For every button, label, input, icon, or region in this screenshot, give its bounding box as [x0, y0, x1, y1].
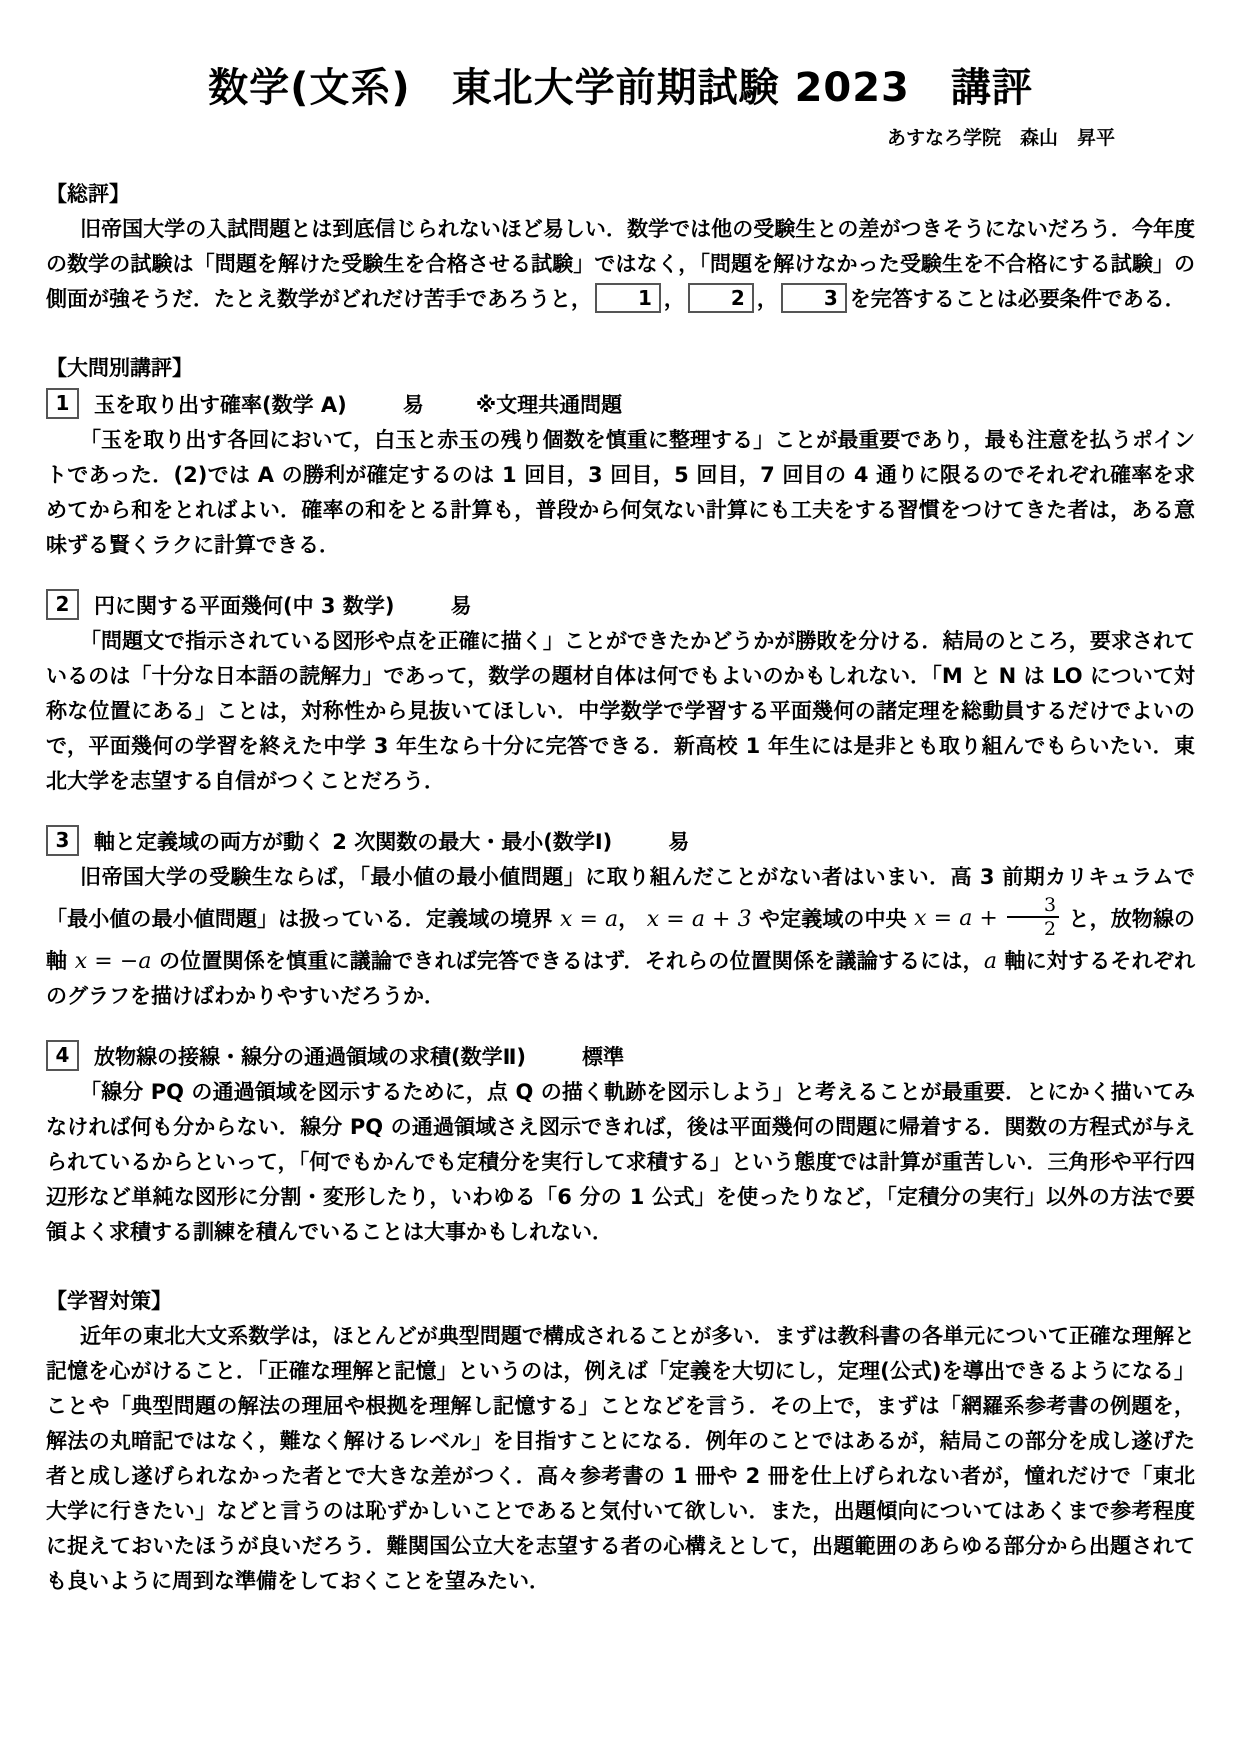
problem-1-heading: 1玉を取り出す確率(数学 A)易※文理共通問題: [46, 388, 1195, 423]
study-advice-section: 【学習対策】 近年の東北大文系数学は，ほとんどが典型問題で構成されることが多い．…: [46, 1284, 1195, 1599]
overview-heading: 【総評】: [46, 177, 1195, 212]
problem-3-body: 旧帝国大学の受験生ならば，「最小値の最小値問題」に取り組んだことがない者はいまい…: [46, 860, 1195, 1015]
problem-1-difficulty: 易: [403, 393, 424, 417]
document-page: 数学(文系) 東北大学前期試験 2023 講評 あすなろ学院 森山 昇平 【総評…: [0, 0, 1241, 1755]
problem-4-heading: 4放物線の接線・線分の通過領域の求積(数学Ⅱ)標準: [46, 1040, 1195, 1075]
problem-1-section: 1玉を取り出す確率(数学 A)易※文理共通問題 「玉を取り出す各回において，白玉…: [46, 388, 1195, 563]
problem-3-difficulty: 易: [668, 830, 689, 854]
problem-1-common-note: ※文理共通問題: [476, 393, 622, 417]
problem-3-text-4: の位置関係を慎重に議論できれば完答できるはず．それらの位置関係を議論するには，: [151, 949, 983, 973]
problem-2-difficulty: 易: [450, 594, 471, 618]
problem-3-comma: ，: [618, 906, 647, 930]
problem-4-difficulty: 標準: [582, 1045, 624, 1069]
math-parabola-axis: x = −a: [75, 949, 152, 974]
overview-text-after: を完答することは必要条件である．: [850, 287, 1186, 311]
overview-separator-1: ，: [664, 287, 685, 311]
problem-4-number-box: 4: [46, 1040, 79, 1071]
math-domain-boundary-2: x = a + 3: [647, 906, 752, 931]
problem-4-section: 4放物線の接線・線分の通過領域の求積(数学Ⅱ)標準 「線分 PQ の通過領域を図…: [46, 1040, 1195, 1250]
problem-1-number-box: 1: [46, 388, 79, 419]
fraction-denominator: 2: [1007, 918, 1059, 940]
fraction-three-halves: 32: [1007, 895, 1059, 941]
fraction-numerator: 3: [1007, 895, 1059, 919]
boxed-problem-ref-1: 1: [595, 283, 661, 313]
problem-2-heading: 2円に関する平面幾何(中 3 数学)易: [46, 589, 1195, 624]
problem-3-section: 3軸と定義域の両方が動く 2 次関数の最大・最小(数学Ⅰ)易 旧帝国大学の受験生…: [46, 825, 1195, 1015]
page-title: 数学(文系) 東北大学前期試験 2023 講評: [46, 58, 1195, 118]
problem-3-heading: 3軸と定義域の両方が動く 2 次関数の最大・最小(数学Ⅰ)易: [46, 825, 1195, 860]
boxed-problem-ref-2: 2: [688, 283, 754, 313]
problem-2-body: 「問題文で指示されている図形や点を正確に描く」ことができたかどうかが勝敗を分ける…: [46, 624, 1195, 799]
math-variable-a: a: [984, 949, 997, 974]
problem-3-title: 軸と定義域の両方が動く 2 次関数の最大・最小(数学Ⅰ): [94, 830, 612, 854]
problem-2-section: 2円に関する平面幾何(中 3 数学)易 「問題文で指示されている図形や点を正確に…: [46, 589, 1195, 799]
problem-4-body: 「線分 PQ の通過領域を図示するために，点 Q の描く軌跡を図示しよう」と考え…: [46, 1075, 1195, 1250]
author-line: あすなろ学院 森山 昇平: [46, 124, 1195, 153]
math-domain-boundary-1: x = a: [560, 906, 618, 931]
problem-2-title: 円に関する平面幾何(中 3 数学): [94, 594, 394, 618]
problem-4-title: 放物線の接線・線分の通過領域の求積(数学Ⅱ): [94, 1045, 526, 1069]
problem-3-number-box: 3: [46, 825, 79, 856]
problems-section-heading: 【大問別講評】: [46, 351, 1195, 386]
study-advice-body: 近年の東北大文系数学は，ほとんどが典型問題で構成されることが多い．まずは教科書の…: [46, 1319, 1195, 1599]
math-domain-center-prefix: x = a +: [914, 906, 1005, 931]
boxed-problem-ref-3: 3: [781, 283, 847, 313]
math-domain-center-expression: x = a + 32: [914, 906, 1061, 931]
problem-3-text-2: や定義域の中央: [752, 906, 915, 930]
overview-section: 【総評】 旧帝国大学の入試問題とは到底信じられないほど易しい．数学では他の受験生…: [46, 177, 1195, 317]
overview-paragraph: 旧帝国大学の入試問題とは到底信じられないほど易しい．数学では他の受験生との差がつ…: [46, 212, 1195, 317]
problem-2-number-box: 2: [46, 589, 79, 620]
overview-separator-2: ，: [757, 287, 778, 311]
problem-1-body: 「玉を取り出す各回において，白玉と赤玉の残り個数を慎重に整理する」ことが最重要で…: [46, 423, 1195, 563]
study-advice-heading: 【学習対策】: [46, 1284, 1195, 1319]
problem-1-title: 玉を取り出す確率(数学 A): [94, 393, 347, 417]
